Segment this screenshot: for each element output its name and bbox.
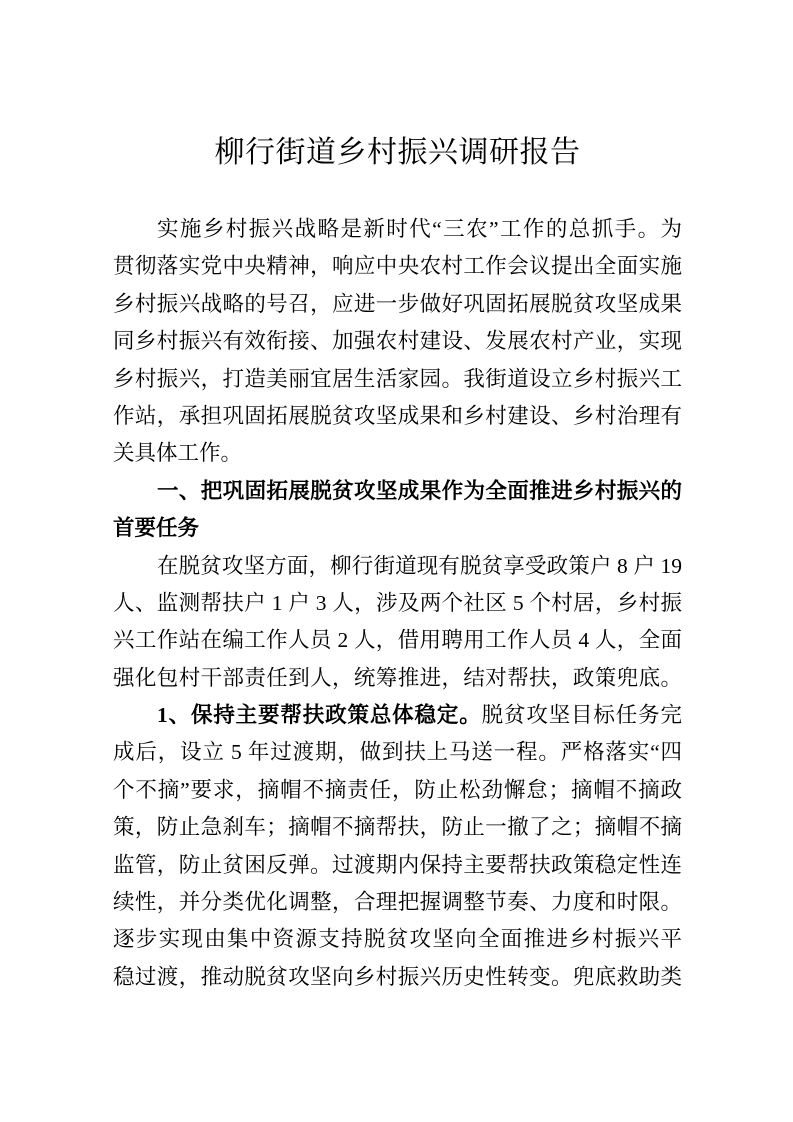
para1-line: 贯彻落实党中央精神，响应中央农村工作会议提出全面实施 [113, 248, 682, 285]
para1-line: 乡村振兴，打造美丽宜居生活家园。我街道设立乡村振兴工 [113, 361, 682, 398]
numbered-point-bold-lead: 1、保持主要帮扶政策总体稳定。 [157, 703, 482, 727]
para3-line: 策，防止急刹车；摘帽不摘帮扶，防止一撤了之；摘帽不摘 [113, 809, 682, 846]
para1-line: 作站，承担巩固拓展脱贫攻坚成果和乡村建设、乡村治理有 [113, 398, 682, 435]
para2-line: 人、监测帮扶户 1 户 3 人，涉及两个社区 5 个村居，乡村振 [113, 585, 682, 622]
para3-line: 稳过渡，推动脱贫攻坚向乡村振兴历史性转变。兜底救助类 [113, 959, 682, 996]
para1-line: 乡村振兴战略的号召，应进一步做好巩固拓展脱贫攻坚成果 [113, 286, 682, 323]
document-page: 柳行街道乡村振兴调研报告 实施乡村振兴战略是新时代“三农”工作的总抓手。为 贯彻… [0, 0, 793, 1122]
document-title: 柳行街道乡村振兴调研报告 [113, 133, 682, 173]
section-heading-line: 首要任务 [113, 510, 682, 547]
section-heading-line: 一、把巩固拓展脱贫攻坚成果作为全面推进乡村振兴的 [113, 473, 682, 510]
para2-line: 兴工作站在编工作人员 2 人，借用聘用工作人员 4 人，全面 [113, 622, 682, 659]
para3-line: 逐步实现由集中资源支持脱贫攻坚向全面推进乡村振兴平 [113, 921, 682, 958]
para3-lead-line: 1、保持主要帮扶政策总体稳定。脱贫攻坚目标任务完 [113, 697, 682, 734]
para3-lead-rest: 脱贫攻坚目标任务完 [482, 703, 682, 727]
para3-line: 续性，并分类优化调整，合理把握调整节奏、力度和时限。 [113, 884, 682, 921]
para3-line: 成后，设立 5 年过渡期，做到扶上马送一程。严格落实“四 [113, 734, 682, 771]
para1-line: 同乡村振兴有效衔接、加强农村建设、发展农村产业，实现 [113, 323, 682, 360]
para3-line: 监管，防止贫困反弹。过渡期内保持主要帮扶政策稳定性连 [113, 847, 682, 884]
para2-line: 强化包村干部责任到人，统筹推进，结对帮扶，政策兜底。 [113, 660, 682, 697]
para1-line: 关具体工作。 [113, 435, 682, 472]
document-body: 实施乡村振兴战略是新时代“三农”工作的总抓手。为 贯彻落实党中央精神，响应中央农… [113, 211, 682, 996]
para3-line: 个不摘”要求，摘帽不摘责任，防止松劲懈怠；摘帽不摘政 [113, 772, 682, 809]
para2-line: 在脱贫攻坚方面，柳行街道现有脱贫享受政策户 8 户 19 [113, 548, 682, 585]
para1-line: 实施乡村振兴战略是新时代“三农”工作的总抓手。为 [113, 211, 682, 248]
